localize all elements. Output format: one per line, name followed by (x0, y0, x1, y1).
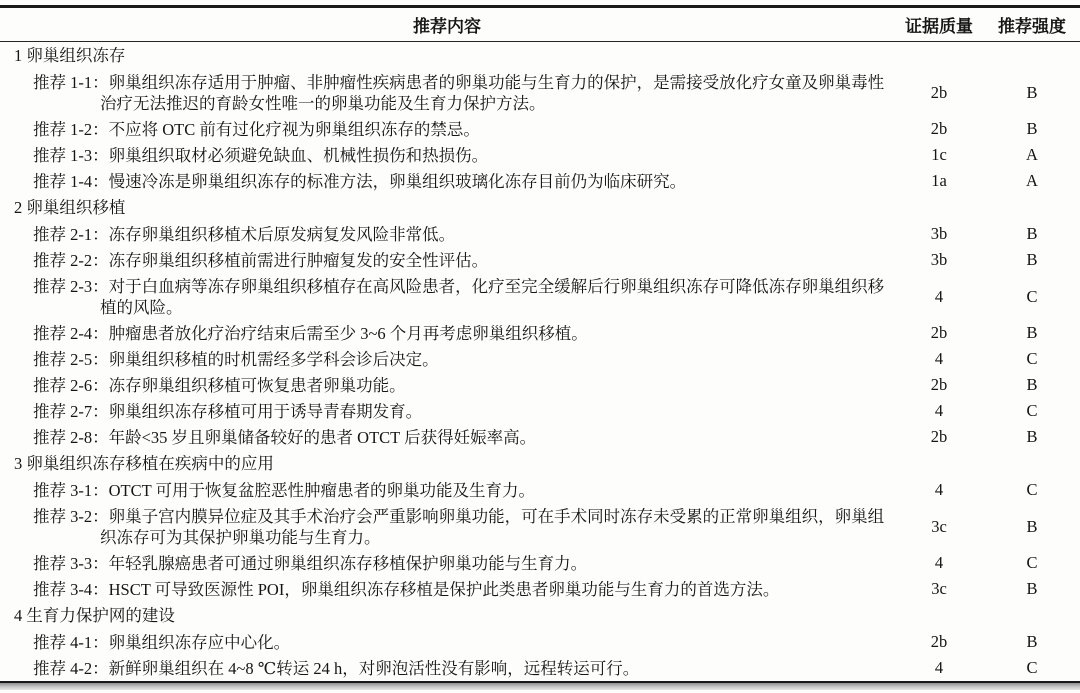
table-row: 推荐 2-7：卵巢组织冻存移植可用于诱导青春期发育。 4 C (0, 398, 1080, 424)
recommendation-label: 推荐 2-7： (33, 402, 109, 421)
recommendation-text: 冻存卵巢组织移植前需进行肿瘤复发的安全性评估。 (109, 251, 489, 270)
recommendation-cell: 推荐 3-1：OTCT 可用于恢复盆腔恶性肿瘤患者的卵巢功能及生育力。 (0, 477, 894, 503)
recommendation-strength-value: C (984, 553, 1080, 573)
evidence-quality-value: 3c (894, 579, 984, 599)
header-recommendation-strength: 推荐强度 (984, 12, 1080, 37)
recommendation-label: 推荐 3-3： (33, 554, 109, 573)
recommendation-cell: 推荐 3-3：年轻乳腺癌患者可通过卵巢组织冻存移植保护卵巢功能与生育力。 (0, 550, 894, 576)
evidence-quality-value: 4 (894, 401, 984, 421)
evidence-quality-value: 2b (894, 119, 984, 139)
evidence-quality-value: 3b (894, 250, 984, 270)
recommendation-text: 冻存卵巢组织移植可恢复患者卵巢功能。 (109, 376, 406, 395)
recommendation-strength-value: B (984, 323, 1080, 343)
recommendation-text: 慢速冷冻是卵巢组织冻存的标准方法，卵巢组织玻璃化冻存目前仍为临床研究。 (109, 172, 687, 191)
recommendation-text: 卵巢组织取材必须避免缺血、机械性损伤和热损伤。 (109, 146, 489, 165)
recommendation-text: 卵巢组织冻存适用于肿瘤、非肿瘤性疾病患者的卵巢功能与生育力的保护，是需接受放化疗… (100, 73, 884, 113)
evidence-quality-value: 4 (894, 480, 984, 500)
recommendation-label: 推荐 2-3： (33, 277, 109, 296)
recommendation-cell: 推荐 2-3：对于白血病等冻存卵巢组织移植存在高风险患者，化疗至完全缓解后行卵巢… (0, 273, 894, 320)
recommendation-strength-value: B (984, 517, 1080, 537)
evidence-quality-value: 2b (894, 83, 984, 103)
table-row: 推荐 2-3：对于白血病等冻存卵巢组织移植存在高风险患者，化疗至完全缓解后行卵巢… (0, 273, 1080, 320)
recommendation-strength-value: B (984, 119, 1080, 139)
evidence-quality-value: 1c (894, 145, 984, 165)
recommendation-cell: 推荐 1-1：卵巢组织冻存适用于肿瘤、非肿瘤性疾病患者的卵巢功能与生育力的保护，… (0, 69, 894, 116)
evidence-quality-value: 2b (894, 427, 984, 447)
recommendation-cell: 推荐 1-3：卵巢组织取材必须避免缺血、机械性损伤和热损伤。 (0, 142, 894, 168)
recommendation-strength-value: B (984, 83, 1080, 103)
table-row: 推荐 3-1：OTCT 可用于恢复盆腔恶性肿瘤患者的卵巢功能及生育力。 4 C (0, 477, 1080, 503)
recommendation-cell: 推荐 1-2：不应将 OTC 前有过化疗视为卵巢组织冻存的禁忌。 (0, 116, 894, 142)
recommendation-cell: 推荐 2-7：卵巢组织冻存移植可用于诱导青春期发育。 (0, 398, 894, 424)
recommendation-label: 推荐 2-8： (33, 428, 109, 447)
recommendation-cell: 推荐 4-1：卵巢组织冻存应中心化。 (0, 629, 894, 655)
recommendation-strength-value: C (984, 658, 1080, 678)
recommendation-strength-value: C (984, 287, 1080, 307)
recommendation-strength-value: B (984, 427, 1080, 447)
section-heading: 1 卵巢组织冻存 (0, 42, 1080, 69)
recommendations-table: 推荐内容 证据质量 推荐强度 1 卵巢组织冻存 推荐 1-1：卵巢组织冻存适用于… (0, 5, 1080, 683)
recommendation-strength-value: C (984, 401, 1080, 421)
recommendation-strength-value: B (984, 375, 1080, 395)
recommendation-strength-value: B (984, 224, 1080, 244)
evidence-quality-value: 4 (894, 553, 984, 573)
recommendation-text: 新鲜卵巢组织在 4~8 ℃转运 24 h，对卵泡活性没有影响，远程转运可行。 (109, 659, 640, 678)
header-evidence-quality: 证据质量 (894, 12, 984, 37)
recommendation-cell: 推荐 2-8：年龄<35 岁且卵巢储备较好的患者 OTCT 后获得妊娠率高。 (0, 424, 894, 450)
recommendation-label: 推荐 2-2： (33, 251, 109, 270)
table-row: 推荐 4-2：新鲜卵巢组织在 4~8 ℃转运 24 h，对卵泡活性没有影响，远程… (0, 655, 1080, 681)
recommendation-label: 推荐 2-5： (33, 350, 109, 369)
section-heading: 3 卵巢组织冻存移植在疾病中的应用 (0, 450, 1080, 477)
table-row: 推荐 1-1：卵巢组织冻存适用于肿瘤、非肿瘤性疾病患者的卵巢功能与生育力的保护，… (0, 69, 1080, 116)
recommendation-cell: 推荐 2-4：肿瘤患者放化疗治疗结束后需至少 3~6 个月再考虑卵巢组织移植。 (0, 320, 894, 346)
recommendation-text: 卵巢组织移植的时机需经多学科会诊后决定。 (109, 350, 439, 369)
recommendation-strength-value: C (984, 349, 1080, 369)
evidence-quality-value: 2b (894, 323, 984, 343)
recommendation-cell: 推荐 2-1：冻存卵巢组织移植术后原发病复发风险非常低。 (0, 221, 894, 247)
table-row: 推荐 1-4：慢速冷冻是卵巢组织冻存的标准方法，卵巢组织玻璃化冻存目前仍为临床研… (0, 168, 1080, 194)
table-row: 推荐 1-3：卵巢组织取材必须避免缺血、机械性损伤和热损伤。 1c A (0, 142, 1080, 168)
table-row: 推荐 2-6：冻存卵巢组织移植可恢复患者卵巢功能。 2b B (0, 372, 1080, 398)
table-row: 推荐 3-3：年轻乳腺癌患者可通过卵巢组织冻存移植保护卵巢功能与生育力。 4 C (0, 550, 1080, 576)
recommendation-text: 卵巢组织冻存应中心化。 (109, 633, 291, 652)
recommendation-text: 年轻乳腺癌患者可通过卵巢组织冻存移植保护卵巢功能与生育力。 (109, 554, 588, 573)
evidence-quality-value: 2b (894, 375, 984, 395)
recommendation-strength-value: B (984, 579, 1080, 599)
recommendation-text: 不应将 OTC 前有过化疗视为卵巢组织冻存的禁忌。 (109, 120, 480, 139)
table-header-row: 推荐内容 证据质量 推荐强度 (0, 8, 1080, 42)
recommendation-cell: 推荐 2-5：卵巢组织移植的时机需经多学科会诊后决定。 (0, 346, 894, 372)
recommendation-cell: 推荐 1-4：慢速冷冻是卵巢组织冻存的标准方法，卵巢组织玻璃化冻存目前仍为临床研… (0, 168, 894, 194)
recommendation-strength-value: B (984, 250, 1080, 270)
table-row: 推荐 3-4：HSCT 可导致医源性 POI，卵巢组织冻存移植是保护此类患者卵巢… (0, 576, 1080, 602)
recommendation-label: 推荐 2-4： (33, 324, 109, 343)
recommendation-label: 推荐 1-1： (33, 73, 109, 92)
table-row: 推荐 2-5：卵巢组织移植的时机需经多学科会诊后决定。 4 C (0, 346, 1080, 372)
section-heading: 4 生育力保护网的建设 (0, 602, 1080, 629)
evidence-quality-value: 3b (894, 224, 984, 244)
evidence-quality-value: 1a (894, 171, 984, 191)
table-row: 推荐 2-4：肿瘤患者放化疗治疗结束后需至少 3~6 个月再考虑卵巢组织移植。 … (0, 320, 1080, 346)
recommendation-text: OTCT 可用于恢复盆腔恶性肿瘤患者的卵巢功能及生育力。 (109, 481, 535, 500)
recommendation-text: 对于白血病等冻存卵巢组织移植存在高风险患者，化疗至完全缓解后行卵巢组织冻存可降低… (100, 277, 884, 317)
table-row: 推荐 3-2：卵巢子宫内膜异位症及其手术治疗会严重影响卵巢功能，可在手术同时冻存… (0, 503, 1080, 550)
recommendation-strength-value: A (984, 171, 1080, 191)
recommendation-label: 推荐 2-6： (33, 376, 109, 395)
evidence-quality-value: 3c (894, 517, 984, 537)
evidence-quality-value: 2b (894, 632, 984, 652)
table-row: 推荐 2-1：冻存卵巢组织移植术后原发病复发风险非常低。 3b B (0, 221, 1080, 247)
recommendation-text: 肿瘤患者放化疗治疗结束后需至少 3~6 个月再考虑卵巢组织移植。 (109, 324, 588, 343)
document-page: 推荐内容 证据质量 推荐强度 1 卵巢组织冻存 推荐 1-1：卵巢组织冻存适用于… (0, 5, 1080, 693)
header-recommendation-content: 推荐内容 (0, 12, 894, 37)
table-row: 推荐 2-2：冻存卵巢组织移植前需进行肿瘤复发的安全性评估。 3b B (0, 247, 1080, 273)
recommendation-text: 年龄<35 岁且卵巢储备较好的患者 OTCT 后获得妊娠率高。 (109, 428, 536, 447)
recommendation-label: 推荐 4-2： (33, 659, 109, 678)
section-heading: 2 卵巢组织移植 (0, 194, 1080, 221)
recommendation-strength-value: B (984, 632, 1080, 652)
recommendation-label: 推荐 3-4： (33, 580, 109, 599)
recommendation-label: 推荐 1-3： (33, 146, 109, 165)
recommendation-strength-value: A (984, 145, 1080, 165)
evidence-quality-value: 4 (894, 658, 984, 678)
recommendation-cell: 推荐 3-2：卵巢子宫内膜异位症及其手术治疗会严重影响卵巢功能，可在手术同时冻存… (0, 503, 894, 550)
recommendation-label: 推荐 3-1： (33, 481, 109, 500)
recommendation-text: HSCT 可导致医源性 POI，卵巢组织冻存移植是保护此类患者卵巢功能与生育力的… (109, 580, 780, 599)
recommendation-text: 卵巢组织冻存移植可用于诱导青春期发育。 (109, 402, 423, 421)
recommendation-label: 推荐 4-1： (33, 633, 109, 652)
recommendation-label: 推荐 3-2： (33, 507, 109, 526)
recommendation-text: 卵巢子宫内膜异位症及其手术治疗会严重影响卵巢功能，可在手术同时冻存未受累的正常卵… (100, 507, 884, 547)
recommendation-strength-value: C (984, 480, 1080, 500)
recommendation-label: 推荐 1-4： (33, 172, 109, 191)
recommendation-cell: 推荐 3-4：HSCT 可导致医源性 POI，卵巢组织冻存移植是保护此类患者卵巢… (0, 576, 894, 602)
table-body: 1 卵巢组织冻存 推荐 1-1：卵巢组织冻存适用于肿瘤、非肿瘤性疾病患者的卵巢功… (0, 42, 1080, 681)
table-row: 推荐 2-8：年龄<35 岁且卵巢储备较好的患者 OTCT 后获得妊娠率高。 2… (0, 424, 1080, 450)
recommendation-cell: 推荐 2-2：冻存卵巢组织移植前需进行肿瘤复发的安全性评估。 (0, 247, 894, 273)
recommendation-cell: 推荐 4-2：新鲜卵巢组织在 4~8 ℃转运 24 h，对卵泡活性没有影响，远程… (0, 655, 894, 681)
recommendation-label: 推荐 1-2： (33, 120, 109, 139)
evidence-quality-value: 4 (894, 287, 984, 307)
table-row: 推荐 1-2：不应将 OTC 前有过化疗视为卵巢组织冻存的禁忌。 2b B (0, 116, 1080, 142)
evidence-quality-value: 4 (894, 349, 984, 369)
recommendation-cell: 推荐 2-6：冻存卵巢组织移植可恢复患者卵巢功能。 (0, 372, 894, 398)
recommendation-text: 冻存卵巢组织移植术后原发病复发风险非常低。 (109, 225, 456, 244)
page-bottom-scan-shadow (0, 683, 1080, 690)
table-row: 推荐 4-1：卵巢组织冻存应中心化。 2b B (0, 629, 1080, 655)
recommendation-label: 推荐 2-1： (33, 225, 109, 244)
